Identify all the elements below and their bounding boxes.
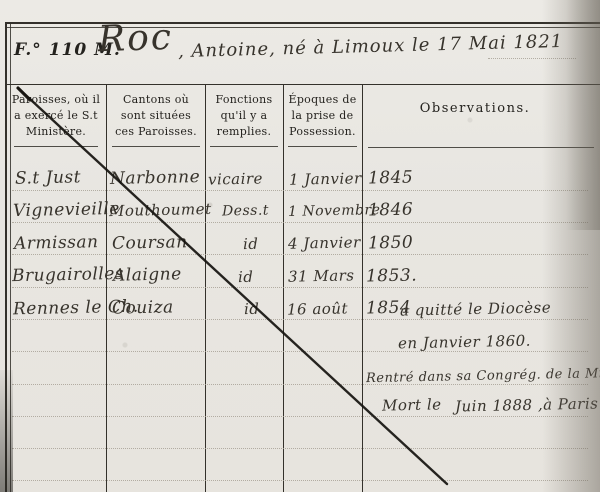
cell-paroisse: Vignevieille bbox=[13, 199, 120, 221]
cell-paroisse: Armissan bbox=[14, 232, 99, 254]
header-underline-col5 bbox=[368, 147, 594, 148]
row-guide-line bbox=[12, 384, 588, 385]
scanned-register-page: F.° 110 M. Roc , Antoine, né à Limoux le… bbox=[0, 0, 600, 492]
top-border-inner bbox=[5, 27, 600, 28]
row-guide-line bbox=[12, 222, 588, 223]
cell-annee: 1853. bbox=[366, 265, 418, 286]
cell-fonction: id bbox=[244, 300, 260, 318]
top-border-outer bbox=[5, 22, 600, 24]
cell-annee: 1850 bbox=[368, 233, 414, 254]
header-guide-line bbox=[488, 58, 576, 59]
cell-canton: Alaigne bbox=[113, 264, 182, 285]
scan-shadow-right-top bbox=[566, 0, 600, 230]
person-surname: Roc bbox=[97, 17, 173, 61]
cell-fonction: Dess.t bbox=[222, 203, 269, 220]
header-underline-col3 bbox=[210, 146, 278, 147]
column-header-fonctions: Fonctions qu'il y a remplies. bbox=[208, 92, 280, 140]
row-guide-line bbox=[12, 190, 588, 191]
row-guide-line bbox=[12, 254, 588, 255]
observation-line-mort-rest: Juin 1888 ,à Paris bbox=[455, 395, 599, 416]
cell-annee: 1846 bbox=[368, 200, 414, 221]
row-guide-line bbox=[12, 319, 588, 320]
cell-date: 31 Mars bbox=[288, 266, 355, 285]
cell-canton: Couiza bbox=[112, 297, 174, 318]
observation-line: en Janvier 1860. bbox=[398, 332, 531, 353]
observation-line: Rentré dans sa Congrég. de la Miséricord… bbox=[366, 365, 600, 386]
row-guide-line bbox=[12, 448, 588, 449]
header-underline-col1 bbox=[14, 146, 98, 147]
cell-paroisse: Brugairolles bbox=[12, 264, 124, 286]
column-divider-2 bbox=[205, 84, 206, 492]
row-guide-line bbox=[12, 287, 588, 288]
cell-date: 1 Novembre bbox=[288, 202, 381, 220]
header-underline-col2 bbox=[112, 146, 200, 147]
cell-canton: Narbonne bbox=[110, 167, 201, 189]
row-guide-line bbox=[12, 480, 588, 481]
cell-canton: Coursan bbox=[112, 232, 188, 254]
cell-annee: 1845 bbox=[368, 168, 414, 189]
header-separator-line bbox=[5, 84, 600, 85]
cell-date: 16 août bbox=[287, 299, 348, 318]
column-header-paroisses: Paroisses, où il a exercé le S.t Ministè… bbox=[10, 92, 102, 140]
column-header-observations: Observations. bbox=[380, 100, 570, 119]
left-border-outer bbox=[5, 22, 7, 492]
column-divider-4 bbox=[362, 84, 363, 492]
column-divider-3 bbox=[283, 84, 284, 492]
column-header-cantons: Cantons où sont situées ces Paroisses. bbox=[110, 92, 202, 140]
observation-line: a quitté le Diocèse bbox=[400, 298, 551, 319]
cell-date: 4 Janvier bbox=[288, 233, 361, 253]
row-guide-line bbox=[12, 351, 588, 352]
cell-fonction: id bbox=[243, 235, 259, 253]
column-header-epoques: Époques de la prise de Possession. bbox=[286, 92, 359, 140]
column-divider-1 bbox=[106, 84, 107, 492]
observation-line-mort-prefix: Mort le bbox=[382, 395, 442, 414]
cell-date: 1 Janvier bbox=[289, 169, 362, 189]
cell-fonction: id bbox=[238, 268, 254, 286]
cell-fonction: vicaire bbox=[208, 169, 263, 188]
row-guide-line bbox=[12, 416, 588, 417]
header-underline-col4 bbox=[288, 146, 357, 147]
scan-shadow-right bbox=[542, 0, 600, 492]
cell-canton: Mouthoumet bbox=[109, 200, 212, 220]
cell-paroisse: S.t Just bbox=[15, 167, 81, 188]
